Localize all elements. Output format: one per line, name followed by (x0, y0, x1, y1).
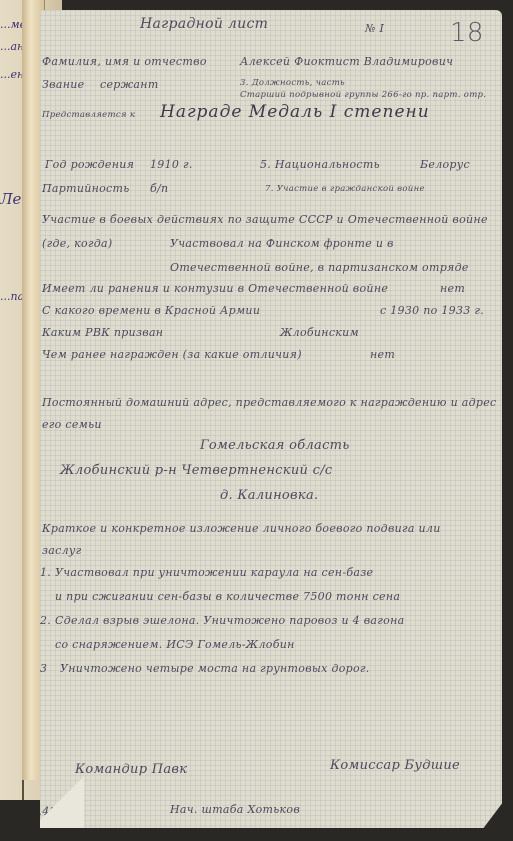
feat-number: 1. (40, 566, 51, 579)
address-line: д. Калиновка. (220, 488, 318, 503)
wounds-value: нет (440, 282, 465, 295)
address-line: Гомельская область (200, 438, 350, 453)
form-number: № I (365, 22, 384, 35)
name-value: Алексей Фиоктист Владимирович (240, 55, 453, 68)
feat-line: Сделал взрыв эшелона. Уничтожено паровоз… (55, 614, 404, 627)
nationality-label: 5. Национальность (260, 158, 380, 171)
name-label: Фамилия, имя и отчество (42, 55, 207, 68)
feat-line: со снаряжением. ИСЭ Гомель-Жлобин (55, 638, 295, 651)
nominated-value: Награде Медаль I степени (160, 102, 430, 122)
party-value: б/п (150, 182, 168, 195)
draft-label: Каким РВК призван (42, 326, 163, 339)
combat-value: Участвовал на Финском фронте и в Отечест… (170, 232, 490, 280)
civil-war-label: 7. Участие в гражданской войне (265, 184, 425, 194)
feat-label: Краткое и конкретное изложение личного б… (42, 518, 482, 562)
commissar-signature: Комиссар Будшие (330, 758, 460, 773)
rank-label: Звание (42, 78, 84, 91)
page-number: 18 (450, 18, 484, 48)
feat-line: и при сжигании сен-базы в количестве 750… (55, 590, 400, 603)
document-title: Наградной лист (140, 16, 268, 32)
feat-number: 3 (40, 662, 47, 675)
birth-label: Год рождения (45, 158, 134, 171)
awards-label: Чем ранее награжден (за какие отличия) (42, 348, 302, 361)
nationality-value: Белорус (420, 158, 470, 171)
draft-value: Жлобинским (280, 326, 359, 339)
position-label: 3. Должность, часть (240, 78, 345, 88)
feat-line: Уничтожено четыре моста на грунтовых дор… (60, 662, 370, 675)
wounds-label: Имеет ли ранения и контузии в Отечествен… (42, 282, 388, 295)
service-value: с 1930 по 1933 г. (380, 304, 484, 317)
folded-corner (40, 768, 84, 828)
service-label: С какого времени в Красной Армии (42, 304, 260, 317)
nominated-label: Представляется к (42, 110, 135, 120)
position-value: Старший подрывной группы 266-го пр. парт… (240, 90, 486, 100)
awards-value: нет (370, 348, 395, 361)
birth-value: 1910 г. (150, 158, 193, 171)
rank-value: сержант (100, 78, 159, 91)
address-label: Постоянный домашний адрес, представляемо… (42, 392, 497, 436)
party-label: Партийность (42, 182, 130, 195)
award-sheet: Наградной лист № I 18 Фамилия, имя и отч… (40, 10, 502, 828)
commander-signature: Командир Павк (75, 762, 187, 777)
chief-of-staff-signature: Нач. штаба Хотьков (170, 803, 300, 816)
feat-line: Участвовал при уничтожении караула на се… (55, 566, 373, 579)
address-line: Жлобинский р-н Четвертненский с/с (60, 463, 332, 478)
feat-number: 2. (40, 614, 51, 627)
